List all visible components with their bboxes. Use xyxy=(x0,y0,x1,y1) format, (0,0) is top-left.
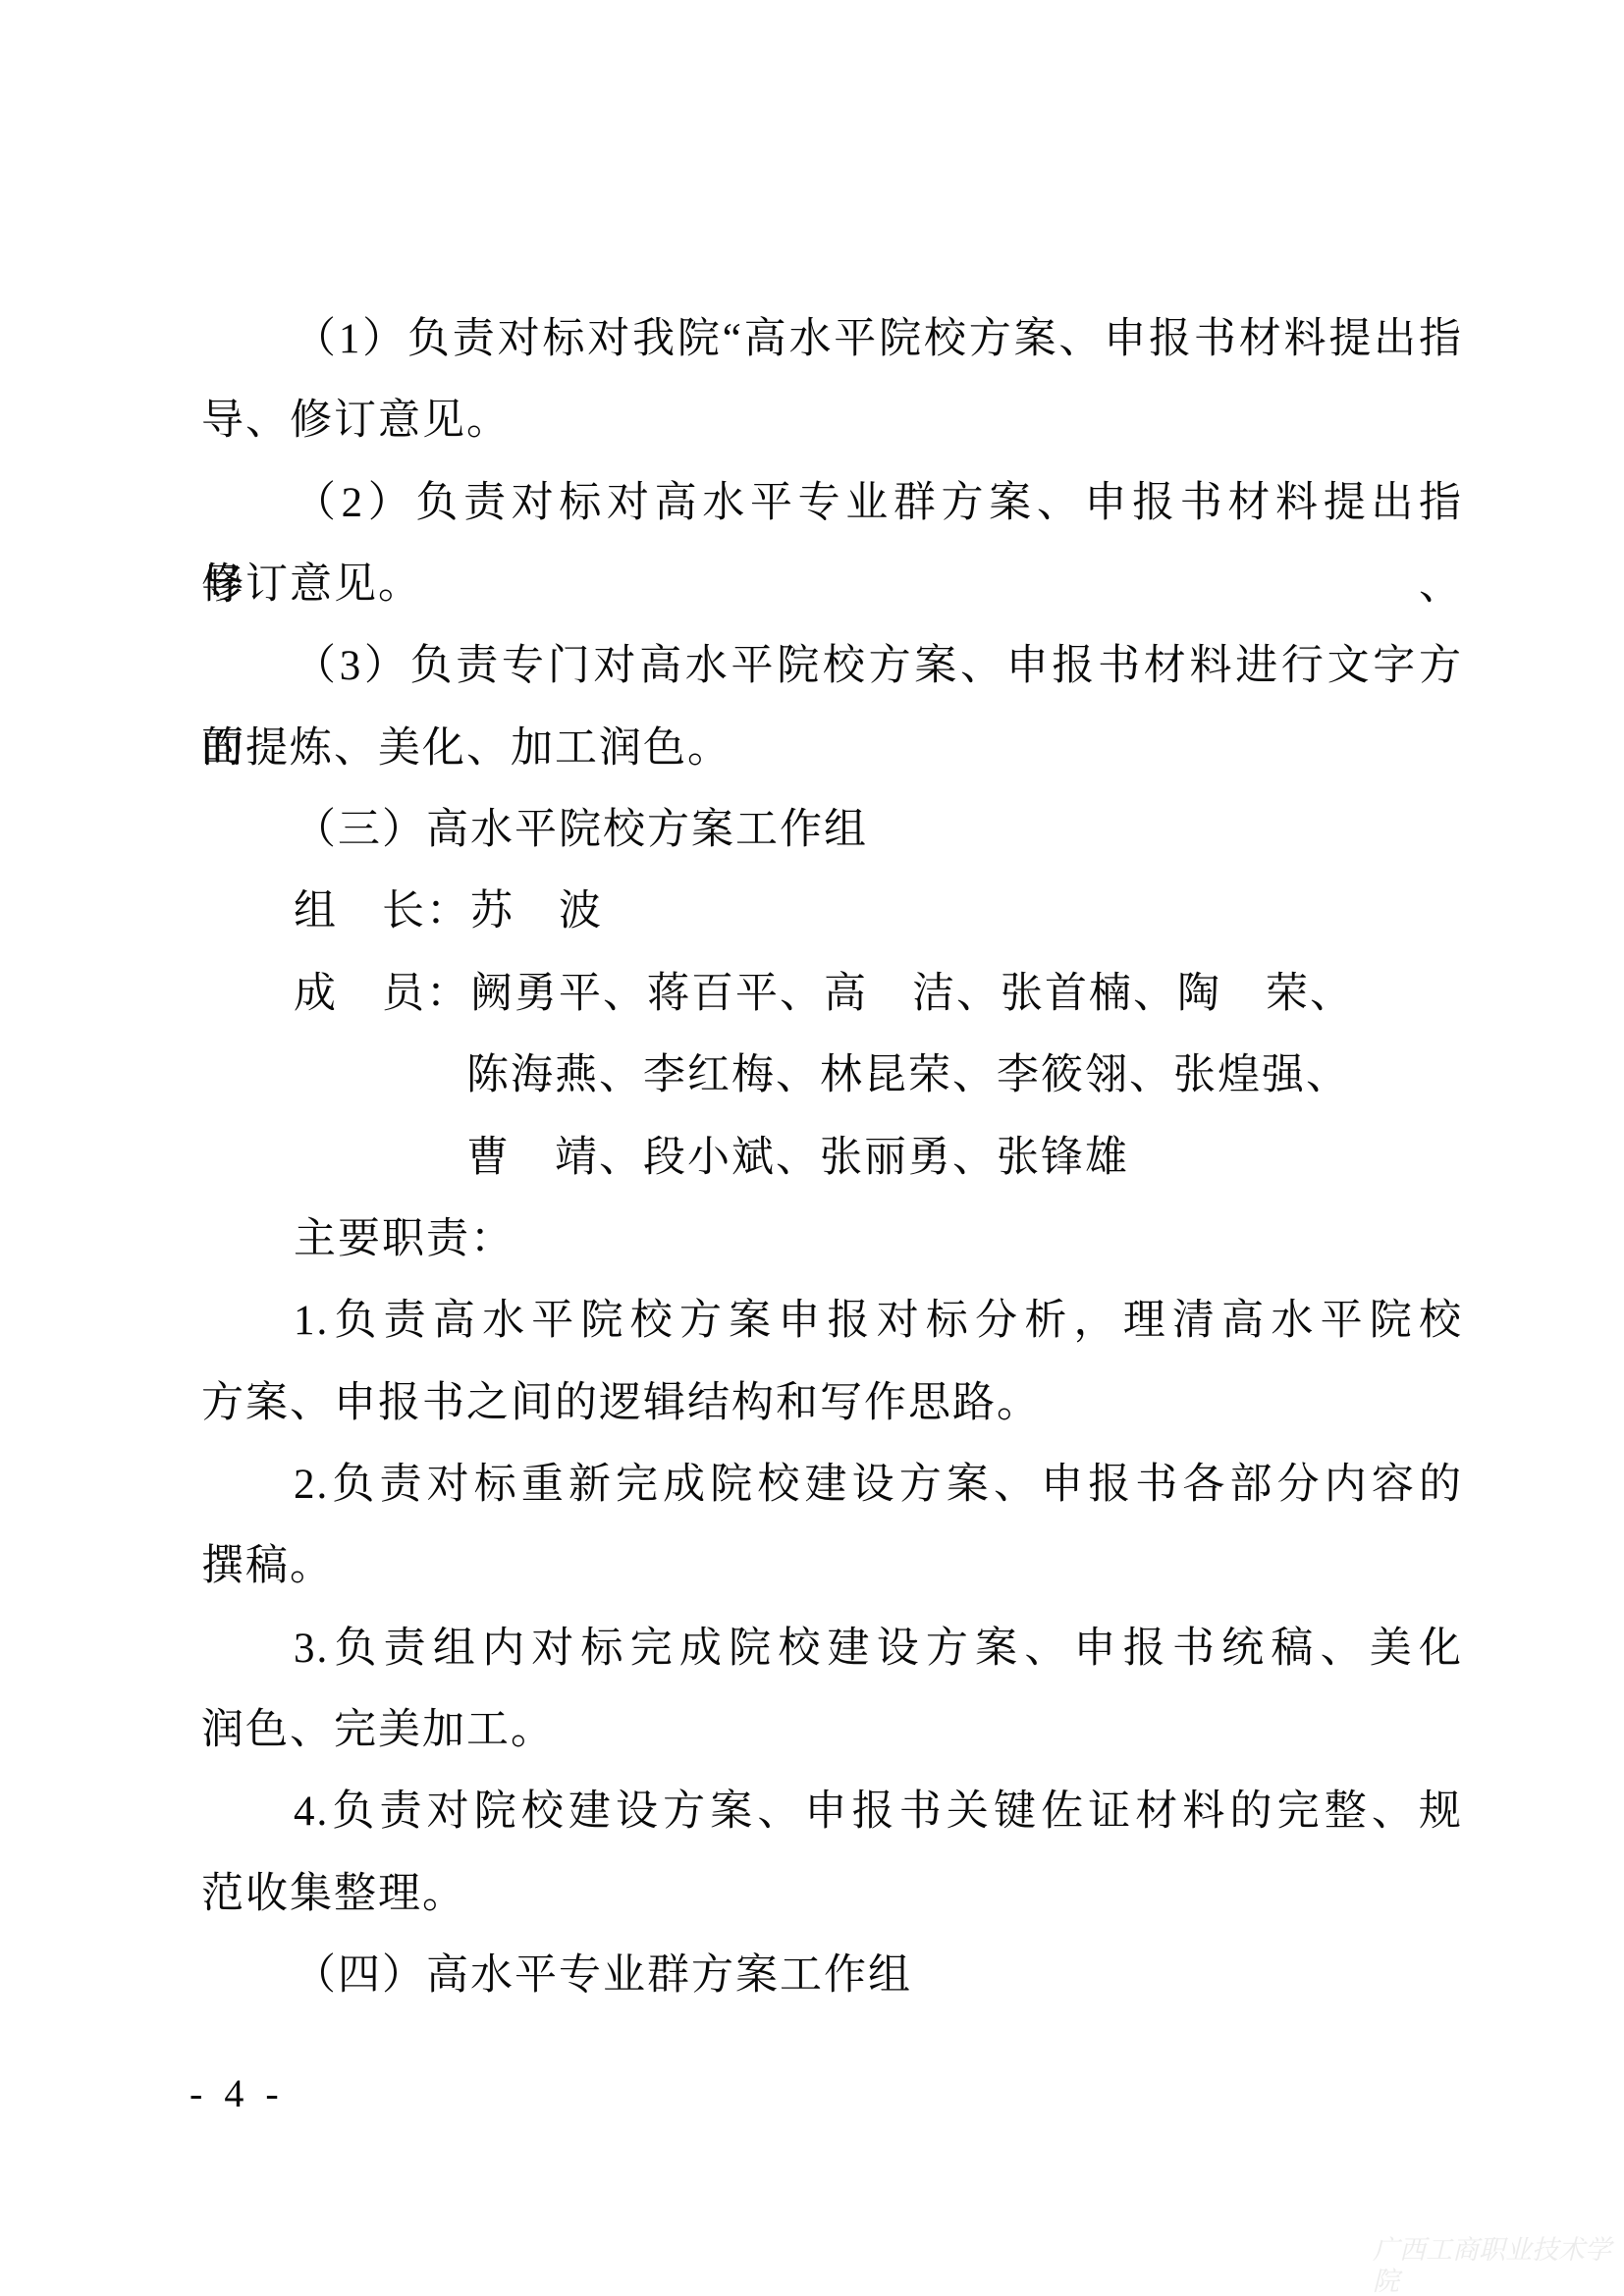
text-line: 2.负责对标重新完成院校建设方案、申报书各部分内容的 xyxy=(201,1444,1463,1526)
text-line: 成 员：阙勇平、蒋百平、高 洁、张首楠、陶 荣、 xyxy=(201,953,1463,1036)
page-number: - 4 - xyxy=(189,2069,285,2118)
text-line: 方案、申报书之间的逻辑结构和写作思路。 xyxy=(201,1362,1463,1445)
text-line: 范收集整理。 xyxy=(201,1853,1463,1936)
text-line: 1.负责高水平院校方案申报对标分析，理清高水平院校 xyxy=(201,1280,1463,1362)
text-line: 撰稿。 xyxy=(201,1525,1463,1608)
text-line: 组 长：苏 波 xyxy=(201,871,1463,953)
watermark: 广西工商职业技术学院 xyxy=(1373,2234,1624,2296)
text-line: 4.负责对院校建设方案、申报书关键佐证材料的完整、规 xyxy=(201,1771,1463,1853)
text-line: 导、修订意见。 xyxy=(201,380,1463,462)
text-line: 主要职责： xyxy=(201,1199,1463,1281)
text-line: （3）负责专门对高水平院校方案、申报书材料进行文字方面 xyxy=(201,625,1463,708)
document-page: （1）负责对标对我院“高水平院校方案、申报书材料提出指导、修订意见。（2）负责对… xyxy=(0,0,1624,2296)
text-line: （三）高水平院校方案工作组 xyxy=(201,789,1463,872)
text-line: 修订意见。 xyxy=(201,544,1463,626)
text-line: （四）高水平专业群方案工作组 xyxy=(201,1935,1463,2017)
text-line: 曹 靖、段小斌、张丽勇、张锋雄 xyxy=(201,1117,1463,1200)
text-line: 陈海燕、李红梅、林昆荣、李筱翎、张煌强、 xyxy=(201,1035,1463,1117)
text-line: 润色、完美加工。 xyxy=(201,1689,1463,1772)
text-line: 的提炼、美化、加工润色。 xyxy=(201,708,1463,790)
text-line: （2）负责对标对高水平专业群方案、申报书材料提出指导、 xyxy=(201,462,1463,545)
text-line: 3.负责组内对标完成院校建设方案、申报书统稿、美化 xyxy=(201,1608,1463,1690)
text-line: （1）负责对标对我院“高水平院校方案、申报书材料提出指 xyxy=(201,298,1463,381)
